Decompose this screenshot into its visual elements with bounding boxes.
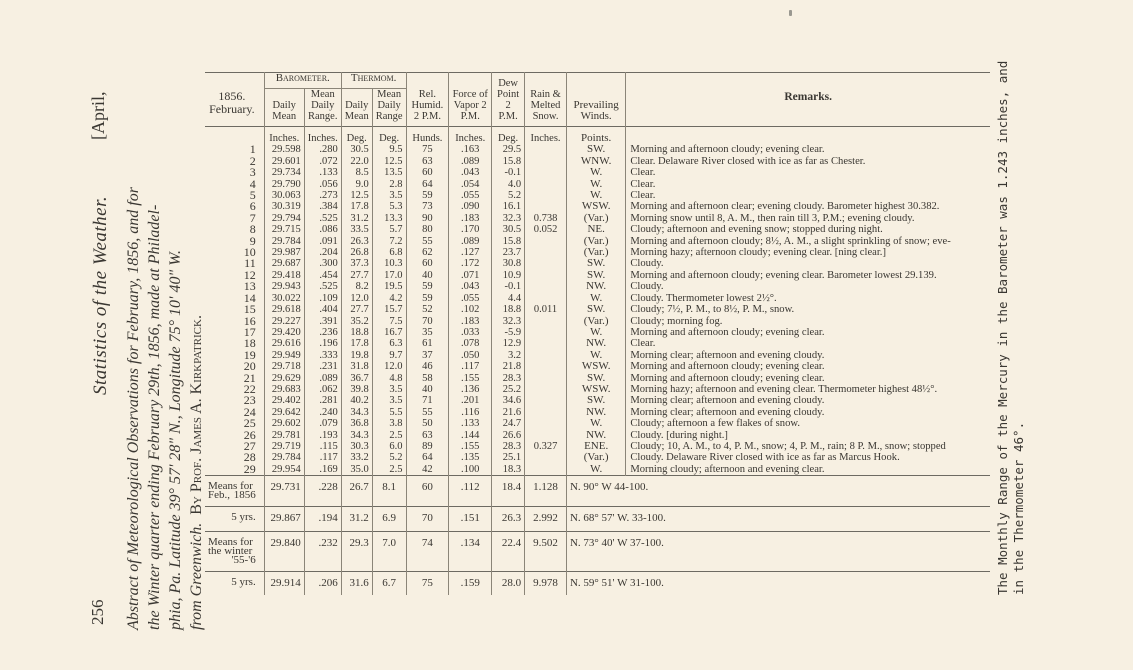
- humidity-cell: 40: [406, 270, 449, 281]
- vapor-cell: .144: [449, 430, 492, 441]
- temp-range-cell: 3.5: [372, 190, 406, 201]
- rain-cell: [525, 156, 567, 167]
- baro-range-cell: .089: [304, 373, 341, 384]
- dew-point-header: Dew Point 2 P.M.: [492, 73, 525, 127]
- dew-point-cell: 30.5: [492, 224, 525, 235]
- remark-cell: Morning and afternoon cloudy; evening cl…: [626, 373, 990, 384]
- remark-cell: Morning and afternoon cloudy; evening cl…: [626, 327, 990, 338]
- temp-range-cell: 3.5: [372, 384, 406, 395]
- temp-range-cell: 3.5: [372, 395, 406, 406]
- humidity-cell: 42: [406, 464, 449, 476]
- baro-mean-cell: 29.954: [264, 464, 304, 476]
- remark-cell: Clear.: [626, 179, 990, 190]
- therm-range-header: Mean Daily Range: [372, 89, 406, 127]
- humidity-cell: 90: [406, 213, 449, 224]
- table-row: 15 29.618 .404 27.7 15.7 52 .102 18.8 0.…: [205, 304, 990, 315]
- dew-point-cell: 26.3: [492, 507, 525, 531]
- dew-point-cell: 29.5: [492, 144, 525, 155]
- title-line: from Greenwich. By Prof. James A. Kirkpa…: [186, 70, 207, 630]
- remark-cell: Morning snow until 8, A. M., then rain t…: [626, 213, 990, 224]
- baro-range-cell: .086: [304, 224, 341, 235]
- baro-mean-cell: 29.601: [264, 156, 304, 167]
- rain-cell: 9.502: [525, 531, 567, 571]
- baro-mean-cell: 29.987: [264, 247, 304, 258]
- dew-point-cell: 24.7: [492, 418, 525, 429]
- temp-mean-cell: 27.7: [341, 304, 372, 315]
- humidity-cell: 55: [406, 236, 449, 247]
- humidity-cell: 71: [406, 395, 449, 406]
- temp-mean-cell: 30.5: [341, 144, 372, 155]
- rain-cell: [525, 293, 567, 304]
- baro-range-cell: .525: [304, 281, 341, 292]
- baro-range-cell: .133: [304, 167, 341, 178]
- baro-range-cell: .196: [304, 338, 341, 349]
- dew-point-cell: 21.8: [492, 361, 525, 372]
- rain-cell: [525, 361, 567, 372]
- means-row: Means for the winter '55-'6 29.840 .232 …: [205, 531, 990, 571]
- temp-range-cell: 2.5: [372, 464, 406, 476]
- mean-wind-cell: N. 73° 40' W 37-100.: [566, 531, 990, 571]
- temp-mean-cell: 40.2: [341, 395, 372, 406]
- wind-cell: NW.: [566, 338, 625, 349]
- baro-range-cell: .228: [304, 476, 341, 507]
- rain-cell: [525, 430, 567, 441]
- temp-range-cell: 5.7: [372, 224, 406, 235]
- humidity-cell: 59: [406, 190, 449, 201]
- baro-mean-cell: 29.683: [264, 384, 304, 395]
- baro-mean-cell: 29.790: [264, 179, 304, 190]
- observations-table-container: 1856. February. Barometer. Thermom. Rel.…: [205, 72, 990, 595]
- dew-point-cell: 25.2: [492, 384, 525, 395]
- dew-point-cell: 15.8: [492, 236, 525, 247]
- vapor-cell: .043: [449, 281, 492, 292]
- temp-mean-cell: 39.8: [341, 384, 372, 395]
- baro-range-cell: .236: [304, 327, 341, 338]
- wind-cell: WSW.: [566, 361, 625, 372]
- running-head: Statistics of the Weather.: [90, 196, 112, 395]
- humidity-cell: 70: [406, 316, 449, 327]
- temp-mean-cell: 17.8: [341, 338, 372, 349]
- vapor-cell: .054: [449, 179, 492, 190]
- baro-range-cell: .231: [304, 361, 341, 372]
- temp-range-cell: 13.5: [372, 167, 406, 178]
- temp-mean-cell: 12.0: [341, 293, 372, 304]
- baro-mean-cell: 29.719: [264, 441, 304, 452]
- temp-range-cell: 9.7: [372, 350, 406, 361]
- dew-point-cell: 25.1: [492, 452, 525, 463]
- dew-point-cell: 21.6: [492, 407, 525, 418]
- baro-mean-cell: 29.784: [264, 236, 304, 247]
- rain-cell: [525, 190, 567, 201]
- remark-cell: Clear. Delaware River closed with ice as…: [626, 156, 990, 167]
- temp-mean-cell: 22.0: [341, 156, 372, 167]
- dew-point-cell: 12.9: [492, 338, 525, 349]
- remark-cell: Clear.: [626, 338, 990, 349]
- baro-range-cell: .240: [304, 407, 341, 418]
- baro-range-cell: .056: [304, 179, 341, 190]
- temp-range-cell: 4.2: [372, 293, 406, 304]
- mean-wind-cell: N. 90° W 44-100.: [566, 476, 990, 507]
- rain-cell: [525, 452, 567, 463]
- remark-cell: Morning clear; afternoon and evening clo…: [626, 350, 990, 361]
- temp-mean-cell: 8.5: [341, 167, 372, 178]
- table-row: 3 29.734 .133 8.5 13.5 60 .043 -0.1 W. C…: [205, 167, 990, 178]
- means-row: 5 yrs. 29.867 .194 31.2 6.9 70 .151 26.3…: [205, 507, 990, 531]
- baro-range-cell: .206: [304, 571, 341, 595]
- humidity-cell: 80: [406, 224, 449, 235]
- vapor-cell: .071: [449, 270, 492, 281]
- rain-cell: [525, 247, 567, 258]
- vapor-cell: .163: [449, 144, 492, 155]
- rain-cell: 2.992: [525, 507, 567, 531]
- vapor-cell: .170: [449, 224, 492, 235]
- temp-range-cell: 6.0: [372, 441, 406, 452]
- baro-mean-cell: 29.602: [264, 418, 304, 429]
- baro-range-cell: .204: [304, 247, 341, 258]
- humidity-cell: 75: [406, 571, 449, 595]
- month-tag: [April,: [88, 92, 109, 141]
- vapor-cell: .043: [449, 167, 492, 178]
- dew-point-cell: 28.0: [492, 571, 525, 595]
- baro-mean-cell: 29.914: [264, 571, 304, 595]
- baro-mean-cell: 29.227: [264, 316, 304, 327]
- baro-range-cell: .117: [304, 452, 341, 463]
- temp-mean-cell: 27.7: [341, 270, 372, 281]
- temp-range-cell: 13.3: [372, 213, 406, 224]
- unit: Inches.: [304, 127, 341, 145]
- humidity-cell: 63: [406, 156, 449, 167]
- day-cell: 29: [205, 464, 264, 476]
- dew-point-cell: 18.8: [492, 304, 525, 315]
- temp-range-cell: 17.0: [372, 270, 406, 281]
- temp-range-cell: 16.7: [372, 327, 406, 338]
- dew-point-cell: 23.7: [492, 247, 525, 258]
- vapor-cell: .159: [449, 571, 492, 595]
- humidity-cell: 70: [406, 507, 449, 531]
- wind-cell: W.: [566, 464, 625, 476]
- temp-mean-cell: 34.3: [341, 407, 372, 418]
- rain-cell: 9.978: [525, 571, 567, 595]
- dew-point-cell: 26.6: [492, 430, 525, 441]
- baro-mean-cell: 29.718: [264, 361, 304, 372]
- remark-cell: Cloudy; afternoon and evening snow; stop…: [626, 224, 990, 235]
- mean-wind-cell: N. 68° 57' W. 33-100.: [566, 507, 990, 531]
- page-speck: [789, 10, 792, 16]
- vapor-cell: .050: [449, 350, 492, 361]
- dew-point-cell: 15.8: [492, 156, 525, 167]
- remark-cell: Cloudy.: [626, 258, 990, 269]
- means-label-cell: 5 yrs.: [205, 507, 264, 531]
- vapor-cell: .055: [449, 293, 492, 304]
- temp-mean-cell: 26.3: [341, 236, 372, 247]
- vapor-cell: .117: [449, 361, 492, 372]
- rain-cell: [525, 395, 567, 406]
- temp-mean-cell: 35.2: [341, 316, 372, 327]
- baro-range-cell: .109: [304, 293, 341, 304]
- vapor-cell: .172: [449, 258, 492, 269]
- vapor-cell: .135: [449, 452, 492, 463]
- humidity-cell: 63: [406, 430, 449, 441]
- vapor-cell: .127: [449, 247, 492, 258]
- humidity-cell: 75: [406, 144, 449, 155]
- title-line: the Winter quarter ending February 29th,…: [144, 70, 165, 630]
- remark-cell: Cloudy.: [626, 281, 990, 292]
- baro-range-header: Mean Daily Range.: [304, 89, 341, 127]
- unit: Inches.: [264, 127, 304, 145]
- vapor-cell: .201: [449, 395, 492, 406]
- unit: Deg.: [492, 127, 525, 145]
- rain-cell: [525, 258, 567, 269]
- humidity-cell: 58: [406, 373, 449, 384]
- temp-mean-cell: 26.7: [341, 476, 372, 507]
- table-row: 13 29.943 .525 8.2 19.5 59 .043 -0.1 NW.…: [205, 281, 990, 292]
- dew-point-cell: -5.9: [492, 327, 525, 338]
- vapor-cell: .100: [449, 464, 492, 476]
- temp-mean-cell: 31.8: [341, 361, 372, 372]
- observations-table: 1856. February. Barometer. Thermom. Rel.…: [205, 72, 990, 595]
- unit: Deg.: [372, 127, 406, 145]
- dew-point-cell: -0.1: [492, 167, 525, 178]
- rain-cell: 0.011: [525, 304, 567, 315]
- temp-range-cell: 6.9: [372, 507, 406, 531]
- temp-mean-cell: 37.3: [341, 258, 372, 269]
- temp-mean-cell: 30.3: [341, 441, 372, 452]
- temp-mean-cell: 36.7: [341, 373, 372, 384]
- temp-range-cell: 2.8: [372, 179, 406, 190]
- baro-mean-cell: 29.794: [264, 213, 304, 224]
- vapor-cell: .183: [449, 316, 492, 327]
- dew-point-cell: 16.1: [492, 201, 525, 212]
- unit: Points.: [566, 127, 625, 145]
- rain-cell: [525, 179, 567, 190]
- wind-cell: NE.: [566, 224, 625, 235]
- baro-range-cell: .300: [304, 258, 341, 269]
- temp-range-cell: 19.5: [372, 281, 406, 292]
- baro-mean-cell: 29.840: [264, 531, 304, 571]
- baro-mean-cell: 30.063: [264, 190, 304, 201]
- baro-range-cell: .525: [304, 213, 341, 224]
- therm-daily-mean-header: Daily Mean: [341, 89, 372, 127]
- dew-point-cell: 28.3: [492, 441, 525, 452]
- temp-mean-cell: 19.8: [341, 350, 372, 361]
- rain-cell: 1.128: [525, 476, 567, 507]
- baro-mean-cell: 29.715: [264, 224, 304, 235]
- temp-mean-cell: 33.5: [341, 224, 372, 235]
- temp-range-cell: 3.8: [372, 418, 406, 429]
- remark-cell: Cloudy; morning fog.: [626, 316, 990, 327]
- remark-cell: Cloudy. Thermometer lowest 2½°.: [626, 293, 990, 304]
- dew-point-cell: -0.1: [492, 281, 525, 292]
- vapor-cell: .134: [449, 531, 492, 571]
- unit: Inches.: [449, 127, 492, 145]
- vapor-cell: .089: [449, 156, 492, 167]
- humidity-cell: 55: [406, 407, 449, 418]
- remark-cell: Morning clear; afternoon and evening clo…: [626, 395, 990, 406]
- temp-range-cell: 7.2: [372, 236, 406, 247]
- dew-point-cell: 18.3: [492, 464, 525, 476]
- humidity-cell: 64: [406, 179, 449, 190]
- rain-cell: [525, 270, 567, 281]
- vapor-cell: .089: [449, 236, 492, 247]
- humidity-cell: 60: [406, 167, 449, 178]
- temp-range-cell: 6.7: [372, 571, 406, 595]
- vapor-cell: .090: [449, 201, 492, 212]
- temp-range-cell: 12.5: [372, 156, 406, 167]
- rain-cell: [525, 281, 567, 292]
- dew-point-cell: 28.3: [492, 373, 525, 384]
- means-label-cell: 5 yrs.: [205, 571, 264, 595]
- humidity-cell: 61: [406, 338, 449, 349]
- remark-cell: Clear.: [626, 190, 990, 201]
- baro-range-cell: .232: [304, 531, 341, 571]
- means-label-cell: Means for Feb., 1856: [205, 476, 264, 507]
- baro-mean-cell: 29.781: [264, 430, 304, 441]
- humidity-cell: 59: [406, 293, 449, 304]
- rain-cell: 0.327: [525, 441, 567, 452]
- baro-mean-cell: 29.784: [264, 452, 304, 463]
- baro-range-cell: .404: [304, 304, 341, 315]
- baro-daily-mean-header: Daily Mean: [264, 89, 304, 127]
- temp-range-cell: 5.2: [372, 452, 406, 463]
- remark-cell: Morning and afternoon clear; evening clo…: [626, 201, 990, 212]
- table-title: Abstract of Meteorological Observations …: [123, 70, 207, 630]
- units-row: Inches. Inches. Deg. Deg. Hunds. Inches.…: [205, 127, 990, 145]
- barometer-group-header: Barometer.: [264, 73, 341, 89]
- rain-cell: [525, 464, 567, 476]
- baro-range-cell: .280: [304, 144, 341, 155]
- temp-range-cell: 15.7: [372, 304, 406, 315]
- vapor-cell: .055: [449, 190, 492, 201]
- vapor-cell: .151: [449, 507, 492, 531]
- means-row: 5 yrs. 29.914 .206 31.6 6.7 75 .159 28.0…: [205, 571, 990, 595]
- wind-cell: SW.: [566, 304, 625, 315]
- remark-cell: Morning clear; afternoon and evening clo…: [626, 407, 990, 418]
- baro-range-cell: .333: [304, 350, 341, 361]
- baro-mean-cell: 29.616: [264, 338, 304, 349]
- baro-mean-cell: 29.420: [264, 327, 304, 338]
- wind-cell: NW.: [566, 281, 625, 292]
- temp-mean-cell: 36.8: [341, 418, 372, 429]
- rain-cell: [525, 407, 567, 418]
- dew-point-cell: 32.3: [492, 213, 525, 224]
- baro-mean-cell: 29.734: [264, 167, 304, 178]
- baro-range-cell: .072: [304, 156, 341, 167]
- rain-cell: [525, 144, 567, 155]
- temp-range-cell: 4.8: [372, 373, 406, 384]
- humidity-cell: 35: [406, 327, 449, 338]
- temp-range-cell: 5.5: [372, 407, 406, 418]
- temp-range-cell: 8.1: [372, 476, 406, 507]
- baro-range-cell: .115: [304, 441, 341, 452]
- temp-range-cell: 7.5: [372, 316, 406, 327]
- temp-range-cell: 10.3: [372, 258, 406, 269]
- humidity-cell: 60: [406, 476, 449, 507]
- temp-mean-cell: 18.8: [341, 327, 372, 338]
- rain-cell: [525, 338, 567, 349]
- vapor-cell: .155: [449, 373, 492, 384]
- temp-mean-cell: 35.0: [341, 464, 372, 476]
- dew-point-cell: 22.4: [492, 531, 525, 571]
- vapor-cell: .116: [449, 407, 492, 418]
- dew-point-cell: 10.9: [492, 270, 525, 281]
- means-label-cell: Means for the winter '55-'6: [205, 531, 264, 571]
- humidity-cell: 60: [406, 258, 449, 269]
- humidity-cell: 46: [406, 361, 449, 372]
- rain-cell: [525, 201, 567, 212]
- baro-mean-cell: 29.598: [264, 144, 304, 155]
- vapor-cell: .033: [449, 327, 492, 338]
- dew-point-cell: 4.0: [492, 179, 525, 190]
- baro-mean-cell: 29.943: [264, 281, 304, 292]
- remark-cell: Cloudy; afternoon a few flakes of snow.: [626, 418, 990, 429]
- monthly-range-note: The Monthly Range of the Mercury in the …: [995, 55, 1027, 595]
- vapor-cell: .183: [449, 213, 492, 224]
- rain-cell: [525, 373, 567, 384]
- remarks-header: Remarks.: [626, 73, 990, 127]
- means-row: Means for Feb., 1856 29.731 .228 26.7 8.…: [205, 476, 990, 507]
- rain-cell: [525, 316, 567, 327]
- temp-mean-cell: 8.2: [341, 281, 372, 292]
- temp-mean-cell: 26.8: [341, 247, 372, 258]
- rain-cell: [525, 418, 567, 429]
- remark-cell: Morning cloudy; afternoon and evening cl…: [626, 464, 990, 476]
- baro-mean-cell: 29.949: [264, 350, 304, 361]
- humidity-cell: 59: [406, 281, 449, 292]
- author: By Prof. James A. Kirkpatrick.: [188, 315, 205, 515]
- temp-range-cell: 12.0: [372, 361, 406, 372]
- table-row: 8 29.715 .086 33.5 5.7 80 .170 30.5 0.05…: [205, 224, 990, 235]
- temp-mean-cell: 12.5: [341, 190, 372, 201]
- rain-header: Rain & Melted Snow.: [525, 73, 567, 127]
- temp-mean-cell: 29.3: [341, 531, 372, 571]
- humidity-cell: 64: [406, 452, 449, 463]
- remark-cell: Morning hazy; afternoon and evening clea…: [626, 384, 990, 395]
- rain-cell: 0.052: [525, 224, 567, 235]
- humidity-cell: 74: [406, 531, 449, 571]
- dew-point-cell: 3.2: [492, 350, 525, 361]
- baro-range-cell: .391: [304, 316, 341, 327]
- baro-range-cell: .454: [304, 270, 341, 281]
- temp-range-cell: 9.5: [372, 144, 406, 155]
- baro-mean-cell: 29.402: [264, 395, 304, 406]
- baro-range-cell: .194: [304, 507, 341, 531]
- dew-point-cell: 30.8: [492, 258, 525, 269]
- unit: Hunds.: [406, 127, 449, 145]
- remark-cell: Cloudy. Delaware River closed with ice a…: [626, 452, 990, 463]
- rain-cell: [525, 384, 567, 395]
- temp-mean-cell: 31.2: [341, 213, 372, 224]
- baro-range-cell: .384: [304, 201, 341, 212]
- temp-mean-cell: 33.2: [341, 452, 372, 463]
- vapor-cell: .155: [449, 441, 492, 452]
- page-number: 256: [88, 600, 108, 626]
- temp-range-cell: 2.5: [372, 430, 406, 441]
- baro-range-cell: .169: [304, 464, 341, 476]
- baro-mean-cell: 30.022: [264, 293, 304, 304]
- mean-wind-cell: N. 59° 51' W 31-100.: [566, 571, 990, 595]
- temp-range-cell: 6.8: [372, 247, 406, 258]
- humidity-cell: 52: [406, 304, 449, 315]
- title-line: Abstract of Meteorological Observations …: [123, 70, 144, 630]
- baro-mean-cell: 29.418: [264, 270, 304, 281]
- force-vapor-header: Force of Vapor 2 P.M.: [449, 73, 492, 127]
- winds-header: Prevailing Winds.: [566, 73, 625, 127]
- humidity-cell: 89: [406, 441, 449, 452]
- remark-cell: Morning hazy; afternoon cloudy; evening …: [626, 247, 990, 258]
- temp-range-cell: 6.3: [372, 338, 406, 349]
- remark-cell: Cloudy. [during night.]: [626, 430, 990, 441]
- vapor-cell: .133: [449, 418, 492, 429]
